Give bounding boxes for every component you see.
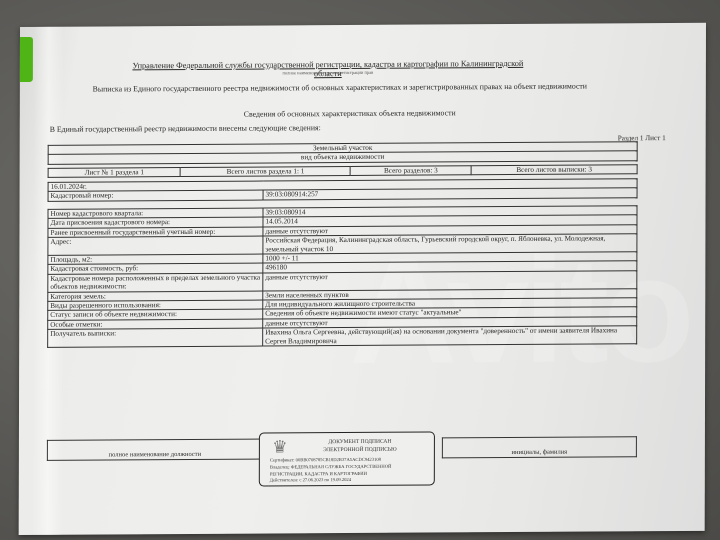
field-label: Кадастровые номера расположенных в преде…	[48, 273, 263, 292]
sheets-info-table: Лист № 1 раздела 1 Всего листов раздела …	[48, 164, 638, 178]
position-caption: полное наименование должности	[47, 439, 262, 460]
date-cadastral-table: 16.01.2024г. Кадастровый номер: 39:03:08…	[48, 178, 638, 201]
stamp-owner: Владелец: ФЕДЕРАЛЬНАЯ СЛУЖБА ГОСУДАРСТВЕ…	[270, 464, 392, 470]
electronic-signature-stamp: ♛ ДОКУМЕНТ ПОДПИСАН ЭЛЕКТРОННОЙ ПОДПИСЬЮ…	[259, 431, 435, 486]
extract-sheet-total: Всего листов выписки: 3	[471, 165, 637, 175]
section-sheet-total: Всего листов раздела 1: 1	[180, 166, 350, 176]
cadastral-number-value: 39:03:080914:257	[263, 188, 637, 200]
table-row: Получатель выписки:Ивахина Ольга Сергеев…	[48, 326, 637, 347]
field-value: Российская Федерация, Калининградская об…	[263, 234, 637, 254]
intro-text: В Единый государственный реестр недвижим…	[50, 123, 321, 134]
characteristics-table: Номер кадастрового квартала:39:03:080914…	[47, 205, 637, 348]
cadastral-number-label: Кадастровый номер:	[48, 190, 263, 201]
stamp-validity: Действителен: с 27.06.2023 по 19.09.2024	[270, 477, 351, 482]
coat-of-arms-icon: ♛	[270, 436, 290, 458]
stamp-certificate: Сертификат: 00BB0708785CB18D2B37A5ACDC94…	[270, 457, 381, 463]
sheet-number: Лист № 1 раздела 1	[48, 168, 180, 178]
object-type-table: Земельный участок вид объекта недвижимос…	[48, 141, 638, 164]
stamp-line-2: ЭЛЕКТРОННОЙ ПОДПИСЬЮ	[290, 446, 430, 453]
field-label: Адрес:	[48, 236, 263, 255]
section-title: Сведения об основных характеристиках объ…	[120, 108, 580, 120]
stamp-line-1: ДОКУМЕНТ ПОДПИСАН	[290, 438, 430, 445]
field-label: Получатель выписки:	[48, 328, 263, 347]
document-sheet: Avito Управление Федеральной службы госу…	[19, 23, 706, 535]
stamp-owner-cont: РЕГИСТРАЦИИ, КАДАСТРА И КАРТОГРАФИИ	[270, 471, 367, 477]
field-value: Ивахина Ольга Сергеевна, действующий(ая)…	[263, 326, 637, 346]
sections-total: Всего разделов: 3	[351, 166, 472, 176]
name-caption: инициалы, фамилия	[442, 437, 636, 458]
green-tab-marker	[20, 37, 33, 82]
document-title: Выписка из Единого государственного реес…	[60, 81, 620, 93]
field-value: данные отсутствуют	[263, 271, 637, 291]
